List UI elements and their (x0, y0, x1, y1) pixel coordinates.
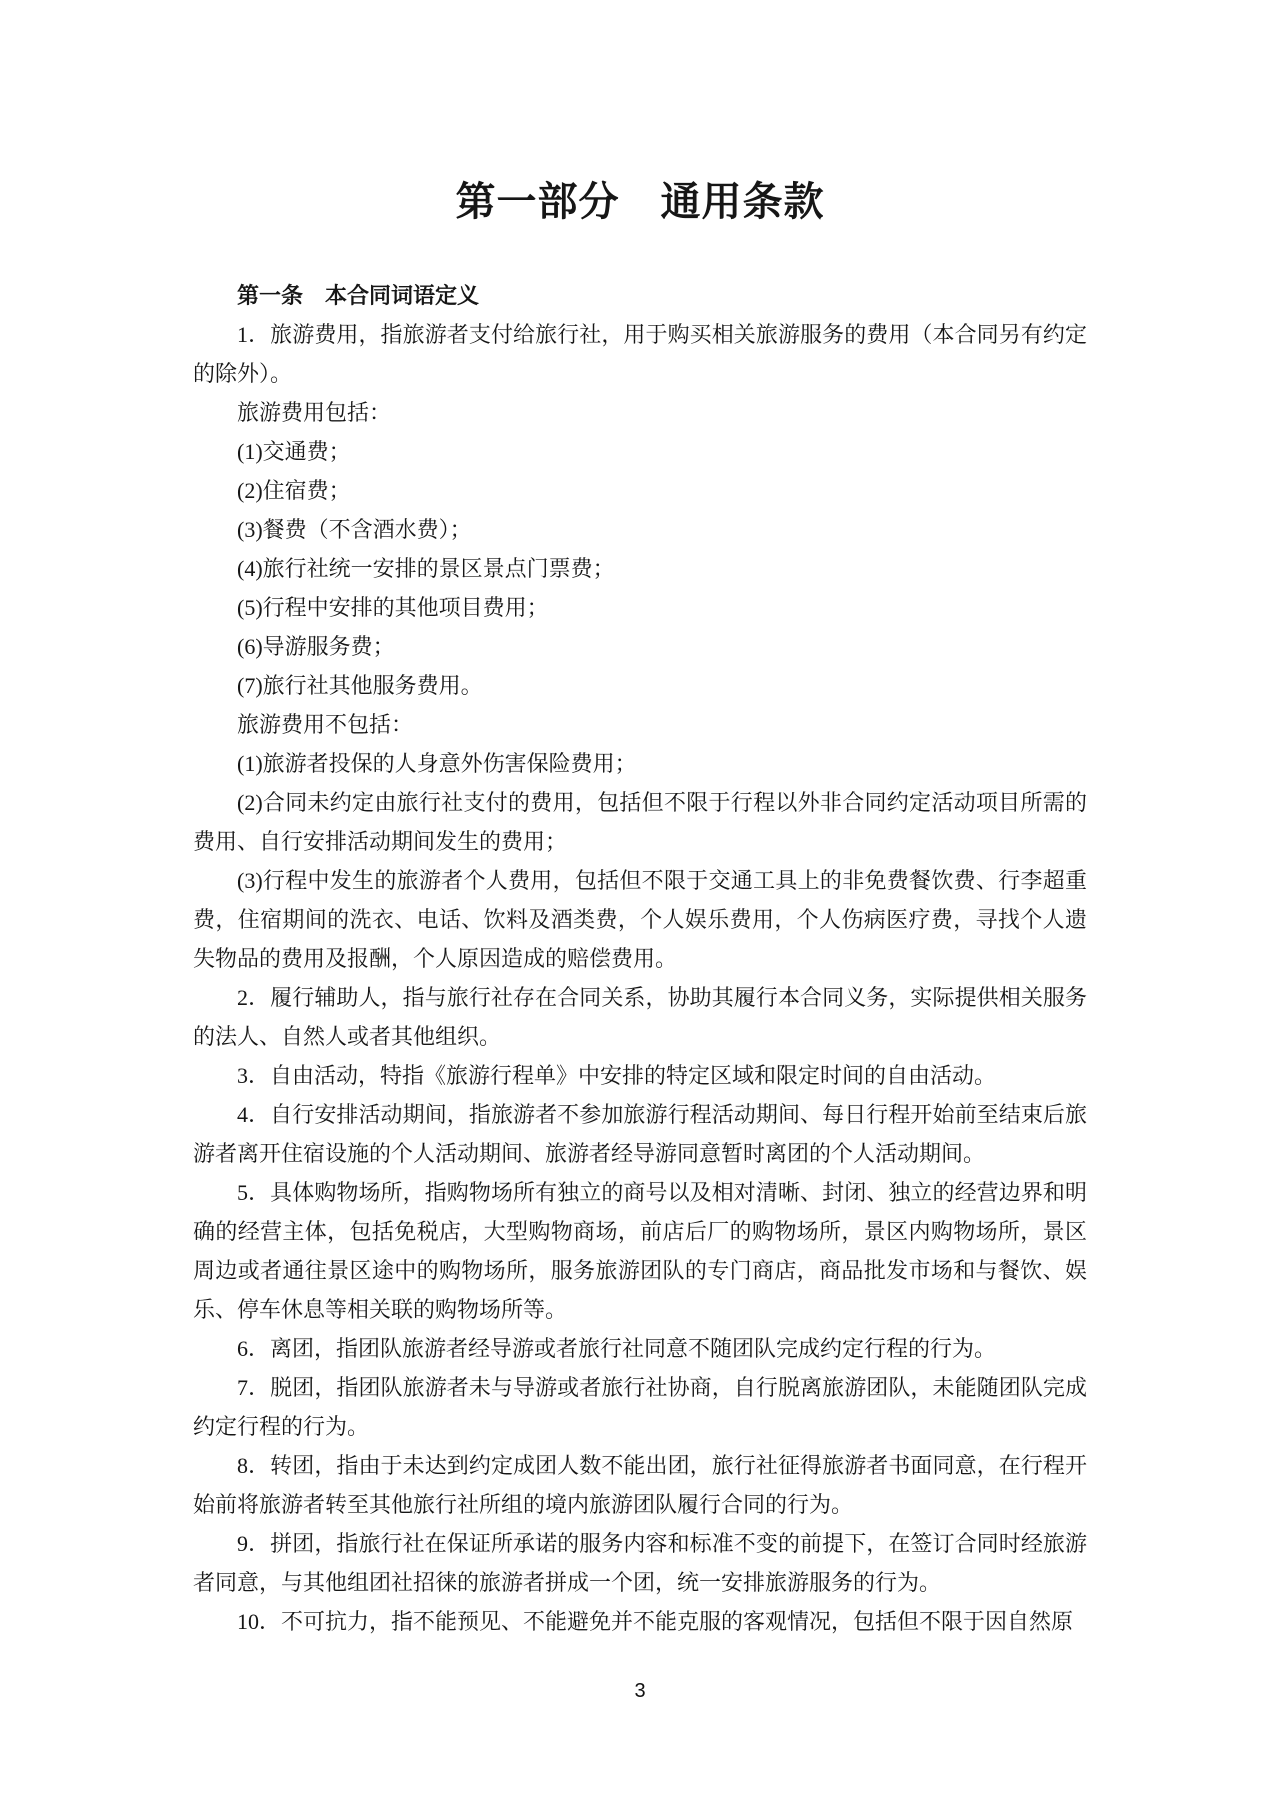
paragraph: 旅游费用不包括： (193, 705, 1087, 744)
document-page: 第一部分 通用条款 第一条 本合同词语定义 1．旅游费用，指旅游者支付给旅行社，… (0, 0, 1280, 1810)
paragraph: (4)旅行社统一安排的景区景点门票费； (193, 549, 1087, 588)
article-heading: 第一条 本合同词语定义 (193, 276, 1087, 315)
paragraph: (6)导游服务费； (193, 627, 1087, 666)
paragraph: 4．自行安排活动期间，指旅游者不参加旅游行程活动期间、每日行程开始前至结束后旅游… (193, 1095, 1087, 1173)
paragraph: 1．旅游费用，指旅游者支付给旅行社，用于购买相关旅游服务的费用（本合同另有约定的… (193, 315, 1087, 393)
paragraph: (3)行程中发生的旅游者个人费用，包括但不限于交通工具上的非免费餐饮费、行李超重… (193, 861, 1087, 978)
paragraph: 5．具体购物场所，指购物场所有独立的商号以及相对清晰、封闭、独立的经营边界和明确… (193, 1173, 1087, 1329)
paragraph: (1)旅游者投保的人身意外伤害保险费用； (193, 744, 1087, 783)
document-title: 第一部分 通用条款 (0, 174, 1280, 230)
paragraph: (1)交通费； (193, 432, 1087, 471)
paragraph: 旅游费用包括： (193, 393, 1087, 432)
paragraph: (2)合同未约定由旅行社支付的费用，包括但不限于行程以外非合同约定活动项目所需的… (193, 783, 1087, 861)
page-number: 3 (0, 1678, 1280, 1704)
paragraph: (2)住宿费； (193, 471, 1087, 510)
paragraph: (7)旅行社其他服务费用。 (193, 666, 1087, 705)
paragraph: (3)餐费（不含酒水费）； (193, 510, 1087, 549)
paragraph: 3．自由活动，特指《旅游行程单》中安排的特定区域和限定时间的自由活动。 (193, 1056, 1087, 1095)
paragraph: 8．转团，指由于未达到约定成团人数不能出团，旅行社征得旅游者书面同意，在行程开始… (193, 1446, 1087, 1524)
paragraph: (5)行程中安排的其他项目费用； (193, 588, 1087, 627)
paragraph: 10．不可抗力，指不能预见、不能避免并不能克服的客观情况，包括但不限于因自然原 (193, 1602, 1087, 1641)
paragraph: 2．履行辅助人，指与旅行社存在合同关系，协助其履行本合同义务，实际提供相关服务的… (193, 978, 1087, 1056)
paragraph: 6．离团，指团队旅游者经导游或者旅行社同意不随团队完成约定行程的行为。 (193, 1329, 1087, 1368)
paragraph: 7．脱团，指团队旅游者未与导游或者旅行社协商，自行脱离旅游团队，未能随团队完成约… (193, 1368, 1087, 1446)
paragraph: 9．拼团，指旅行社在保证所承诺的服务内容和标准不变的前提下，在签订合同时经旅游者… (193, 1524, 1087, 1602)
document-body: 第一条 本合同词语定义 1．旅游费用，指旅游者支付给旅行社，用于购买相关旅游服务… (193, 276, 1087, 1641)
